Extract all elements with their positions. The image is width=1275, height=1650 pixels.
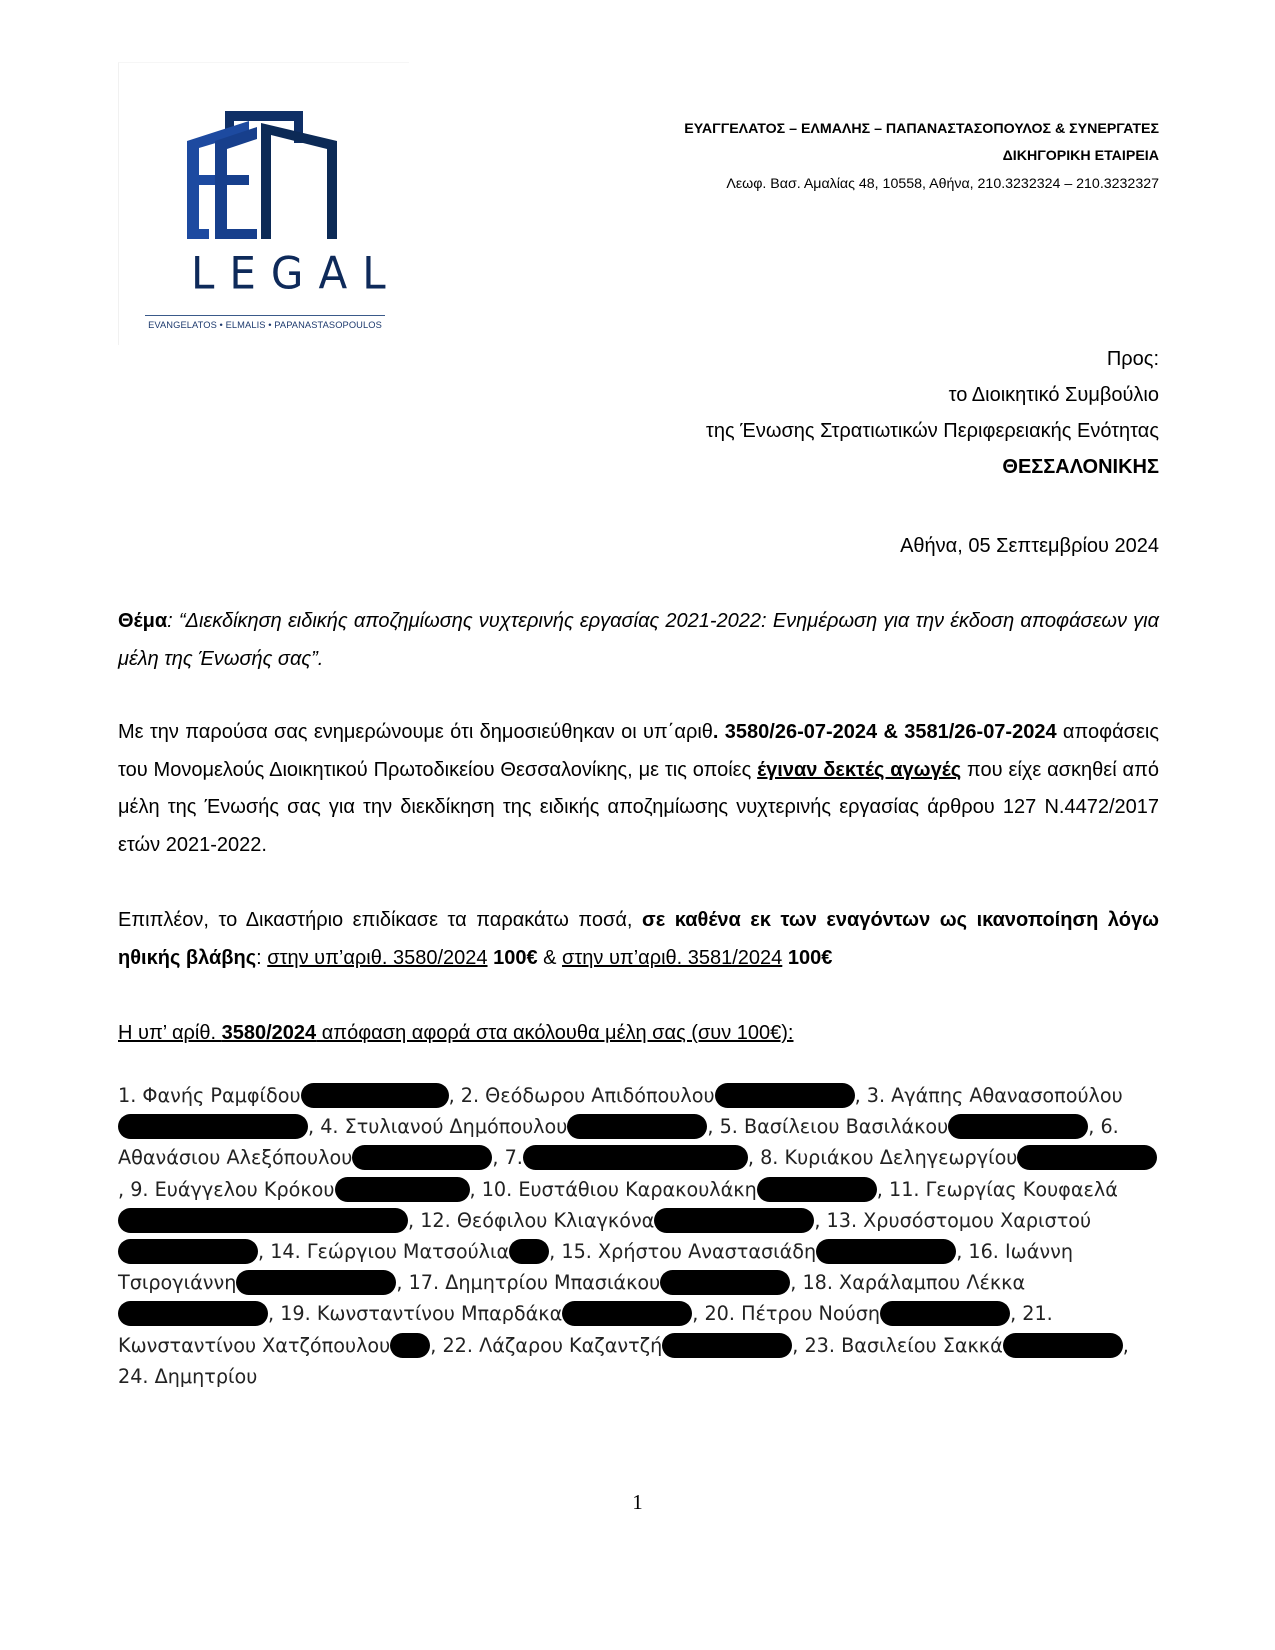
recipient-line-1: το Διοικητικό Συμβούλιο — [706, 377, 1159, 413]
member-name: 17. Δημητρίου Μπασιάκου — [409, 1271, 661, 1294]
redaction-mark — [654, 1208, 814, 1233]
member-item: 17. Δημητρίου Μπασιάκου, — [409, 1271, 803, 1294]
member-item: 14. Γεώργιου Ματσούλια, — [270, 1240, 561, 1263]
member-name: 4. Στυλιανού Δημόπουλου — [320, 1115, 567, 1138]
logo-wordmark: LEGAL — [191, 248, 341, 299]
members-list: 1. Φανής Ραμφίδου, 2. Θεόδωρου Απιδόπουλ… — [118, 1080, 1163, 1392]
redaction-mark — [757, 1177, 877, 1202]
member-item: 4. Στυλιανού Δημόπουλου, — [320, 1115, 719, 1138]
member-item: 15. Χρήστου Αναστασιάδη, — [561, 1240, 968, 1263]
redaction-mark — [662, 1333, 792, 1358]
logo-divider — [145, 315, 385, 316]
redaction-mark — [118, 1301, 268, 1326]
redaction-mark — [715, 1083, 855, 1108]
subject-text: : “Διεκδίκηση ειδικής αποζημίωσης νυχτερ… — [118, 610, 1159, 670]
recipient-block: Προς: το Διοικητικό Συμβούλιο της Ένωσης… — [706, 341, 1159, 485]
redaction-mark — [509, 1239, 549, 1264]
member-name: 18. Χαράλαμπου Λέκκα — [802, 1271, 1025, 1294]
member-name: 10. Ευστάθιου Καρακουλάκη — [482, 1178, 757, 1201]
firm-name: ΕΥΑΓΓΕΛΑΤΟΣ – ΕΛΜΑΛΗΣ – ΠΑΠΑΝΑΣΤΑΣΟΠΟΥΛΟ… — [684, 116, 1159, 143]
member-name: 7. — [505, 1146, 523, 1169]
redaction-mark — [118, 1239, 258, 1264]
firm-type: ΔΙΚΗΓΟΡΙΚΗ ΕΤΑΙΡΕΙΑ — [684, 143, 1159, 170]
member-name: 13. Χρυσόστομου Χαριστού — [827, 1209, 1092, 1232]
heading-text-2: απόφαση αφορά στα ακόλουθα μέλη σας (συν… — [316, 1022, 793, 1044]
firm-address: Λεωφ. Βασ. Αμαλίας 48, 10558, Αθήνα, 210… — [684, 170, 1159, 198]
member-item: 10. Ευστάθιου Καρακουλάκη, — [482, 1178, 889, 1201]
letter-date: Αθήνα, 05 Σεπτεμβρίου 2024 — [900, 528, 1159, 564]
member-name: 23. Βασιλείου Σακκά — [804, 1334, 1002, 1357]
member-name: 9. Ευάγγελου Κρόκου — [130, 1178, 334, 1201]
redaction-mark — [118, 1208, 408, 1233]
redaction-mark — [118, 1114, 308, 1139]
para2-text-1: Επιπλέον, το Δικαστήριο επιδίκασε τα παρ… — [118, 909, 642, 931]
member-item: 19. Κωνσταντίνου Μπαρδάκα, — [280, 1302, 704, 1325]
member-name: 12. Θεόφιλου Κλιαγκόνα — [420, 1209, 654, 1232]
amount-3581: 100€ — [782, 947, 832, 969]
heading-text-1: Η υπ’ αρίθ. — [118, 1022, 222, 1044]
para2-colon: : — [256, 947, 267, 969]
decision-3580-ref: στην υπ’αριθ. 3580/2024 — [267, 947, 487, 969]
accepted-claims: έγιναν δεκτές αγωγές — [757, 759, 961, 781]
recipient-to-label: Προς: — [706, 341, 1159, 377]
member-name: 14. Γεώργιου Ματσούλια — [270, 1240, 509, 1263]
recipient-line-3: ΘΕΣΣΑΛΟΝΙΚΗΣ — [706, 449, 1159, 485]
redaction-mark — [1017, 1145, 1157, 1170]
document-page: LEGAL EVANGELATOS • ELMALIS • PAPANASTAS… — [0, 0, 1275, 1650]
decision-3581-ref: στην υπ’αριθ. 3581/2024 — [562, 947, 782, 969]
member-name: 11. Γεωργίας Κουφαελά — [889, 1178, 1118, 1201]
amount-3580: 100€ — [488, 947, 538, 969]
redaction-mark — [948, 1114, 1088, 1139]
member-item: 5. Βασίλειου Βασιλάκου, — [720, 1115, 1101, 1138]
para2-ampersand: & — [538, 947, 562, 969]
member-item: 7., — [505, 1146, 761, 1169]
para1-text-1: Με την παρούσα σας ενημερώνουμε ότι δημο… — [118, 721, 713, 743]
member-name: 24. Δημητρίου — [118, 1365, 257, 1388]
page-number: 1 — [0, 1490, 1275, 1515]
member-name: 19. Κωνσταντίνου Μπαρδάκα — [280, 1302, 562, 1325]
member-item: 23. Βασιλείου Σακκά, — [804, 1334, 1128, 1357]
member-name: 15. Χρήστου Αναστασιάδη — [561, 1240, 816, 1263]
building-logo-icon — [187, 111, 337, 246]
decision-numbers: . 3580/26-07-2024 & 3581/26-07-2024 — [713, 721, 1057, 743]
redaction-mark — [352, 1145, 492, 1170]
redaction-mark — [660, 1270, 790, 1295]
member-name: 8. Κυριάκου Δεληγεωργίου — [760, 1146, 1017, 1169]
member-item: 12. Θεόφιλου Κλιαγκόνα, — [420, 1209, 826, 1232]
recipient-line-2: της Ένωσης Στρατιωτικών Περιφερειακής Εν… — [706, 413, 1159, 449]
redaction-mark — [236, 1270, 396, 1295]
member-name: 5. Βασίλειου Βασιλάκου — [720, 1115, 949, 1138]
redaction-mark — [301, 1083, 449, 1108]
firm-logo: LEGAL EVANGELATOS • ELMALIS • PAPANASTAS… — [118, 62, 409, 345]
redaction-mark — [567, 1114, 707, 1139]
member-name: 1. Φανής Ραμφίδου — [118, 1084, 301, 1107]
subject-label: Θέμα — [118, 610, 167, 632]
member-name: 2. Θεόδωρου Απιδόπουλου — [461, 1084, 715, 1107]
member-item: 20. Πέτρου Νούση, — [704, 1302, 1022, 1325]
member-item: 24. Δημητρίου — [118, 1365, 257, 1388]
member-item: 9. Ευάγγελου Κρόκου, — [130, 1178, 482, 1201]
redaction-mark — [335, 1177, 470, 1202]
paragraph-decisions: Με την παρούσα σας ενημερώνουμε ότι δημο… — [118, 714, 1159, 864]
member-name: 22. Λάζαρου Καζαντζή — [442, 1334, 662, 1357]
firm-header: ΕΥΑΓΓΕΛΑΤΟΣ – ΕΛΜΑΛΗΣ – ΠΑΠΑΝΑΣΤΑΣΟΠΟΥΛΟ… — [684, 116, 1159, 198]
members-list-heading: Η υπ’ αρίθ. 3580/2024 απόφαση αφορά στα … — [118, 1015, 1159, 1053]
redaction-mark — [880, 1301, 1010, 1326]
redaction-mark — [390, 1333, 430, 1358]
member-name: 20. Πέτρου Νούση — [704, 1302, 880, 1325]
subject-line: Θέμα: “Διεκδίκηση ειδικής αποζημίωσης νυ… — [118, 603, 1159, 678]
heading-decision-number: 3580/2024 — [222, 1022, 317, 1044]
redaction-mark — [1003, 1333, 1123, 1358]
redaction-mark — [523, 1145, 748, 1170]
redaction-mark — [816, 1239, 956, 1264]
member-item: 22. Λάζαρου Καζαντζή, — [442, 1334, 804, 1357]
logo-tagline: EVANGELATOS • ELMALIS • PAPANASTASOPOULO… — [145, 320, 385, 330]
member-name: 3. Αγάπης Αθανασοπούλου — [867, 1084, 1123, 1107]
member-item: 1. Φανής Ραμφίδου, — [118, 1084, 461, 1107]
redaction-mark — [562, 1301, 692, 1326]
member-item: 2. Θεόδωρου Απιδόπουλου, — [461, 1084, 867, 1107]
paragraph-award: Επιπλέον, το Δικαστήριο επιδίκασε τα παρ… — [118, 902, 1159, 977]
